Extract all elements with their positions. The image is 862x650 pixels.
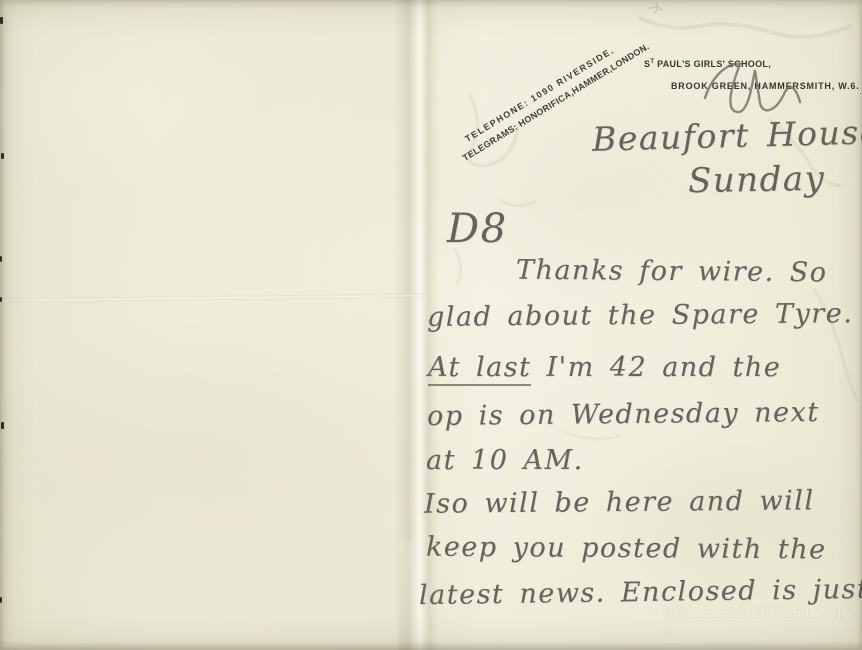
handwritten-line: Iso will be here and will (424, 485, 815, 519)
handwritten-line: at 10 AM. (426, 445, 584, 476)
underlined-phrase: At last (428, 352, 531, 386)
horizontal-crease (0, 293, 424, 302)
scan-speck (0, 256, 2, 262)
handwritten-line: glad about the Spare Tyre. (427, 298, 853, 333)
filename-watermark-line1: HOL_2_8_2_104_61_fr.jp (662, 604, 852, 622)
scan-speck (1, 153, 4, 159)
letter-scan: TELEPHONE: 1090 RIVERSIDE. TELEGRAMS: HO… (0, 0, 862, 650)
handwritten-line: At last I'm 42 and the (428, 352, 781, 383)
handwritten-date: Sunday (688, 159, 826, 201)
handwritten-line-rest: I'm 42 and the (531, 352, 781, 383)
letterhead-school-name: ST PAUL'S GIRLS' SCHOOL, (644, 59, 771, 69)
scan-speck (0, 297, 2, 302)
school-name-rest: PAUL'S GIRLS' SCHOOL, (654, 59, 771, 69)
handwritten-line: Thanks for wire. So (516, 255, 828, 289)
scan-speck (0, 17, 3, 24)
handwritten-line: keep you posted with the (426, 532, 827, 566)
handwritten-greeting: D8 (447, 206, 508, 252)
filename-watermark: HOL_2_8_2_104_61_fr.jp g (662, 604, 852, 640)
letterhead-school-address: BROOK GREEN, HAMMERSMITH, W.6. (671, 81, 860, 91)
handwritten-place: Beaufort House (592, 112, 862, 159)
handwritten-line: op is on Wednesday next (427, 397, 820, 432)
filename-watermark-line2: g (662, 622, 852, 640)
scan-speck (1, 422, 4, 429)
scan-speck (0, 597, 2, 603)
